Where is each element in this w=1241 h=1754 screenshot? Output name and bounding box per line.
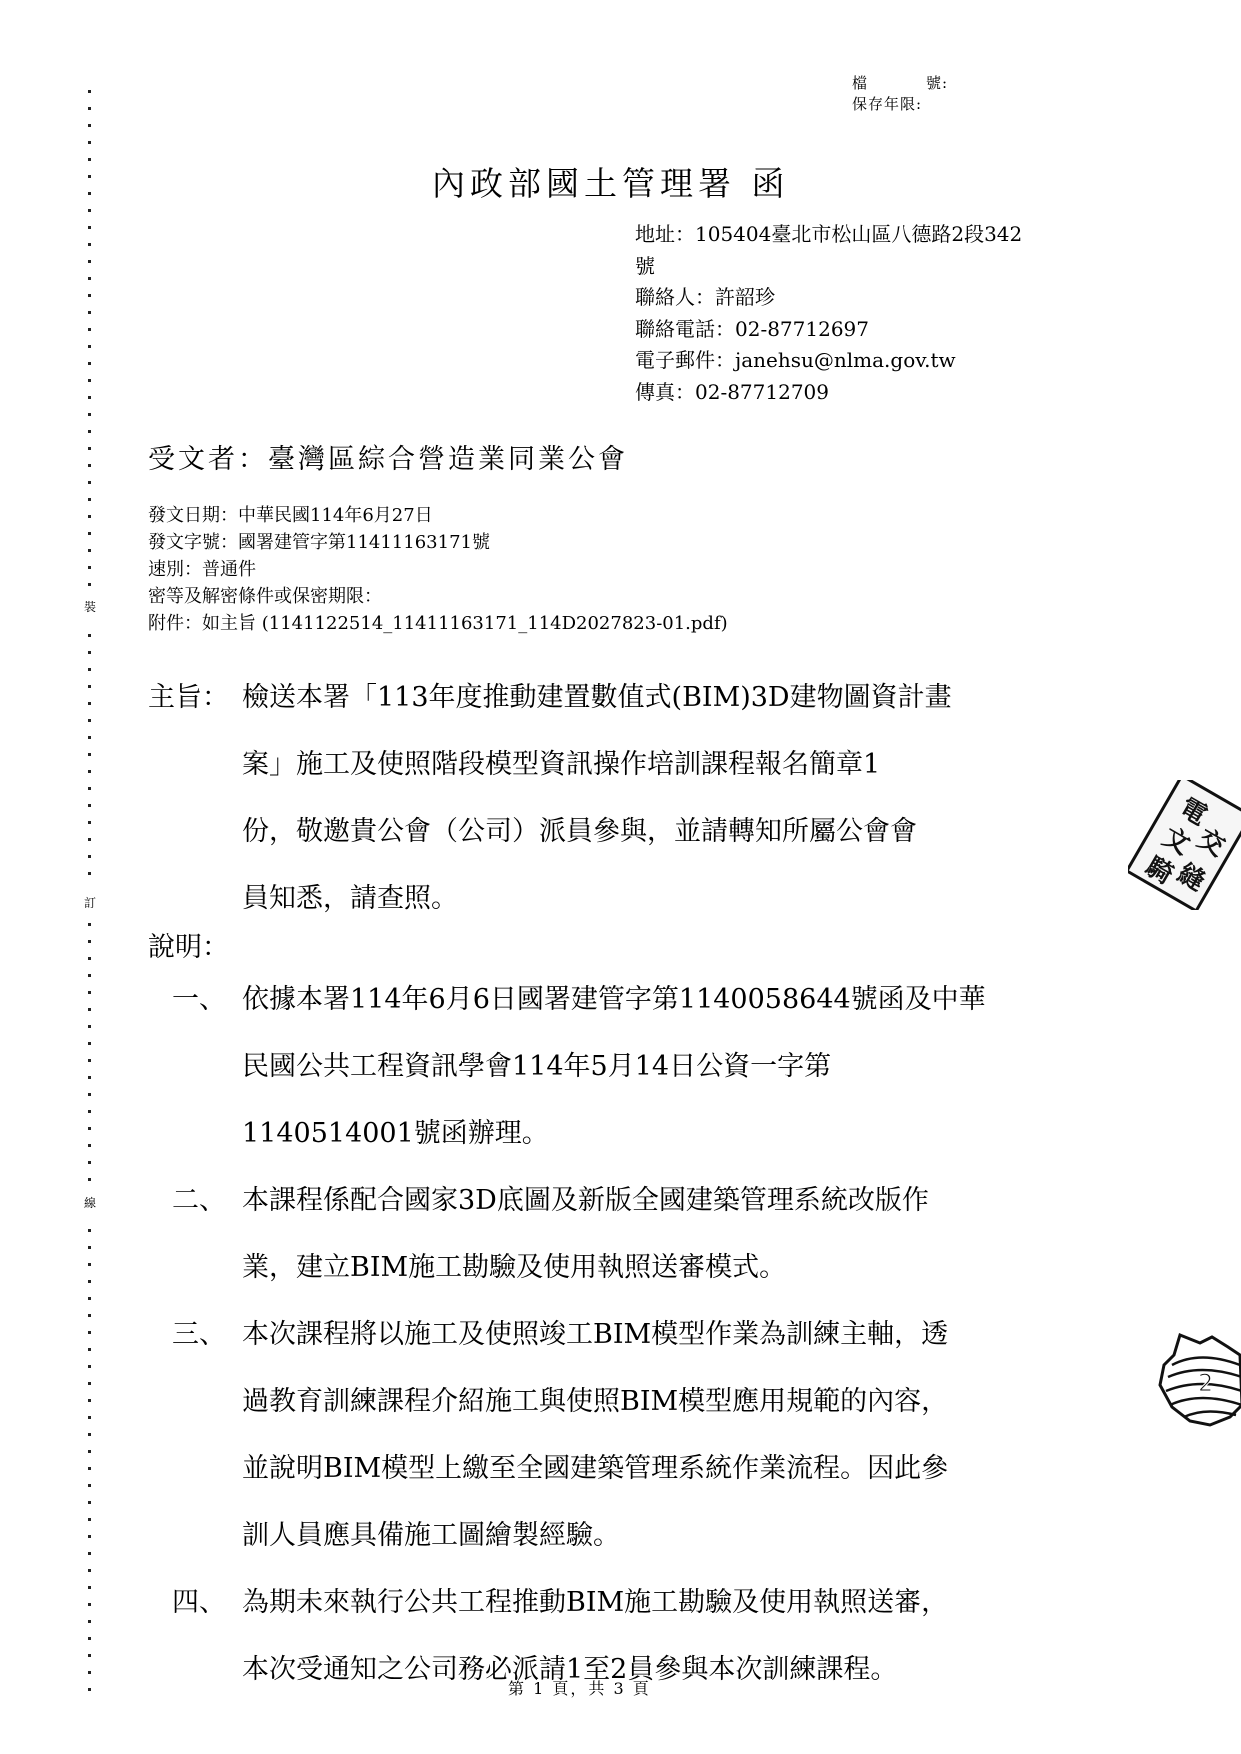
item-line: 本次課程將以施工及使照竣工BIM模型作業為訓練主軸，透: [242, 1319, 948, 1350]
binding-dot: [88, 1416, 91, 1419]
binding-dot: [88, 192, 91, 195]
subject-line: 檢送本署「113年度推動建置數值式(BIM)3D建物圖資計畫: [242, 682, 952, 713]
document-number: 發文字號：國署建管字第11411163171號: [148, 529, 728, 556]
binding-dot: [88, 1637, 91, 1640]
binding-dot: [88, 940, 91, 943]
binding-dot: [88, 974, 91, 977]
binding-dot: [88, 1382, 91, 1385]
item-line: 過教育訓練課程介紹施工與使照BIM模型應用規範的內容，: [172, 1382, 1092, 1449]
binding-dot: [88, 787, 91, 790]
binding-dot: [88, 1518, 91, 1521]
binding-dot: [88, 991, 91, 994]
binding-dot: [88, 1399, 91, 1402]
binding-dot: [88, 872, 91, 875]
speed-class: 速別：普通件: [148, 556, 728, 583]
issue-date: 發文日期：中華民國114年6月27日: [148, 502, 728, 529]
binding-mark-ding: 訂: [82, 896, 98, 910]
binding-dot: [88, 447, 91, 450]
item-line: 依據本署114年6月6日國署建管字第1140058644號函及中華: [242, 984, 986, 1015]
binding-dot: [88, 209, 91, 212]
binding-dot: [88, 1433, 91, 1436]
binding-dot: [88, 770, 91, 773]
binding-mark-xian: 線: [82, 1196, 98, 1210]
page-seal-stamp: 2: [1150, 1325, 1241, 1435]
binding-dot: [88, 141, 91, 144]
item-line: 並說明BIM模型上繳至全國建築管理系統作業流程。因此參: [172, 1449, 1092, 1516]
binding-dot: [88, 838, 91, 841]
binding-dot: [88, 226, 91, 229]
binding-dot: [88, 1603, 91, 1606]
subject-line: 份，敬邀貴公會（公司）派員參與，並請轉知所屬公會會: [148, 812, 1088, 879]
binding-dot: [88, 1229, 91, 1232]
binding-dot: [88, 243, 91, 246]
binding-dot: [88, 736, 91, 739]
binding-dot: [88, 821, 91, 824]
item-line: 1140514001號函辦理。: [172, 1114, 1092, 1181]
item-line: 為期未來執行公共工程推動BIM施工勘驗及使用執照送審，: [242, 1587, 948, 1618]
item-line: 民國公共工程資訊學會114年5月14日公資一字第: [172, 1047, 1092, 1114]
item-line: 本課程係配合國家3D底圖及新版全國建築管理系統改版作: [242, 1185, 929, 1216]
sender-info: 地址：105404臺北市松山區八德路2段342 號 聯絡人：許韶珍 聯絡電話：0…: [635, 219, 1022, 408]
item-number: 一、: [172, 980, 242, 1020]
binding-dot: [88, 277, 91, 280]
binding-dot: [88, 1654, 91, 1657]
binding-dot: [88, 753, 91, 756]
binding-dot: [88, 1467, 91, 1470]
binding-dot: [88, 1569, 91, 1572]
binding-dot: [88, 1076, 91, 1079]
binding-dot: [88, 1671, 91, 1674]
binding-dot: [88, 668, 91, 671]
binding-dot: [88, 1348, 91, 1351]
retention-label: 保存年限:: [852, 94, 948, 115]
binding-dot: [88, 90, 91, 93]
binding-dot: [88, 260, 91, 263]
binding-dot: [88, 1450, 91, 1453]
binding-dot: [88, 1144, 91, 1147]
binding-dot: [88, 702, 91, 705]
secrecy-level: 密等及解密條件或保密期限：: [148, 583, 728, 610]
binding-dot: [88, 515, 91, 518]
sender-email: 電子郵件：janehsu@nlma.gov.tw: [635, 345, 1022, 377]
binding-dot: [88, 379, 91, 382]
binding-dot: [88, 396, 91, 399]
binding-dot: [88, 1331, 91, 1334]
binding-dot: [88, 311, 91, 314]
binding-dot: [88, 294, 91, 297]
binding-dot: [88, 1552, 91, 1555]
page-number: 第 1 頁，共 3 頁: [508, 1676, 651, 1699]
binding-dot: [88, 498, 91, 501]
document-meta: 發文日期：中華民國114年6月27日 發文字號：國署建管字第1141116317…: [148, 502, 728, 637]
item-line: 業，建立BIM施工勘驗及使用執照送審模式。: [172, 1248, 1092, 1315]
binding-dot: [88, 1620, 91, 1623]
explanation-section: 一、依據本署114年6月6日國署建管字第1140058644號函及中華 民國公共…: [172, 980, 1092, 1717]
item-number: 三、: [172, 1315, 242, 1355]
item-number: 二、: [172, 1181, 242, 1221]
binding-dot: [88, 175, 91, 178]
sender-fax: 傳真：02-87712709: [635, 377, 1022, 409]
sender-address-line2: 號: [635, 251, 1022, 283]
binding-dot: [88, 107, 91, 110]
binding-mark-zhuang: 裝: [82, 600, 98, 614]
binding-margin: 裝 訂 線: [86, 90, 94, 1690]
binding-dot: [88, 345, 91, 348]
attachment: 附件：如主旨 (1141122514_11411163171_114D20278…: [148, 610, 728, 637]
binding-dot: [88, 430, 91, 433]
item-number: 四、: [172, 1583, 242, 1623]
explanation-item-3: 三、本次課程將以施工及使照竣工BIM模型作業為訓練主軸，透 過教育訓練課程介紹施…: [172, 1315, 1092, 1583]
binding-dot: [88, 413, 91, 416]
file-number-label: 檔號:: [852, 73, 948, 94]
binding-dot: [88, 685, 91, 688]
sender-contact: 聯絡人：許韶珍: [635, 282, 1022, 314]
binding-dot: [88, 1059, 91, 1062]
binding-dot: [88, 855, 91, 858]
binding-dot: [88, 957, 91, 960]
binding-dot: [88, 583, 91, 586]
binding-dot: [88, 651, 91, 654]
binding-dot: [88, 1535, 91, 1538]
binding-dot: [88, 532, 91, 535]
binding-dot: [88, 923, 91, 926]
binding-dot: [88, 362, 91, 365]
file-number-block: 檔號: 保存年限:: [852, 73, 948, 115]
explanation-label: 說明：: [148, 925, 229, 964]
binding-dot: [88, 1093, 91, 1096]
binding-dot: [88, 1110, 91, 1113]
binding-dot: [88, 1688, 91, 1691]
binding-dot: [88, 1042, 91, 1045]
binding-dot: [88, 719, 91, 722]
binding-dot: [88, 1178, 91, 1181]
binding-dot: [88, 1127, 91, 1130]
binding-dot: [88, 1161, 91, 1164]
subject-line: 案」施工及使照階段模型資訊操作培訓課程報名簡章1: [148, 745, 1088, 812]
subject-line: 員知悉，請查照。: [148, 879, 1088, 946]
explanation-item-1: 一、依據本署114年6月6日國署建管字第1140058644號函及中華 民國公共…: [172, 980, 1092, 1181]
binding-dot: [88, 481, 91, 484]
binding-dot: [88, 1586, 91, 1589]
document-title: 內政部國土管理署 函: [432, 158, 790, 205]
subject-section: 主旨：檢送本署「113年度推動建置數值式(BIM)3D建物圖資計畫 案」施工及使…: [148, 678, 1088, 946]
binding-dot: [88, 549, 91, 552]
binding-dot: [88, 566, 91, 569]
svg-text:2: 2: [1198, 1369, 1213, 1397]
binding-dot: [88, 464, 91, 467]
binding-dot: [88, 1280, 91, 1283]
subject-label: 主旨：: [148, 678, 242, 718]
sender-phone: 聯絡電話：02-87712697: [635, 314, 1022, 346]
binding-dot: [88, 634, 91, 637]
binding-dot: [88, 158, 91, 161]
binding-dot: [88, 1025, 91, 1028]
seam-seal-stamp: 電 文 騎 交 縫: [1128, 780, 1241, 910]
binding-dot: [88, 1246, 91, 1249]
binding-dot: [88, 328, 91, 331]
binding-dot: [88, 1297, 91, 1300]
seal-stamp-icon: 電 文 騎 交 縫: [1128, 780, 1241, 910]
page-seal-icon: 2: [1150, 1325, 1241, 1435]
sender-address-line1: 地址：105404臺北市松山區八德路2段342: [635, 219, 1022, 251]
binding-dot: [88, 1501, 91, 1504]
binding-dot: [88, 1484, 91, 1487]
recipient: 受文者：臺灣區綜合營造業同業公會: [148, 437, 628, 476]
binding-dot: [88, 1263, 91, 1266]
binding-dot: [88, 1365, 91, 1368]
binding-dot: [88, 1314, 91, 1317]
explanation-item-2: 二、本課程係配合國家3D底圖及新版全國建築管理系統改版作 業，建立BIM施工勘驗…: [172, 1181, 1092, 1315]
binding-dot: [88, 1008, 91, 1011]
item-line: 訓人員應具備施工圖繪製經驗。: [172, 1516, 1092, 1583]
binding-dot: [88, 124, 91, 127]
binding-dot: [88, 804, 91, 807]
